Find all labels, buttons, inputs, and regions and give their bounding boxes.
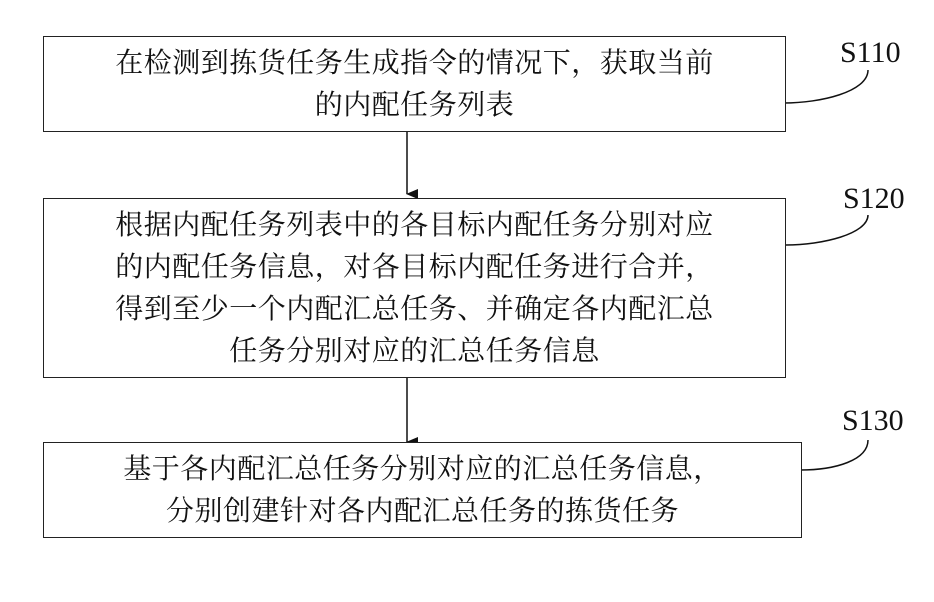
leader-s130 bbox=[800, 440, 868, 470]
leader-s110 bbox=[784, 70, 868, 103]
step-label-s110: S110 bbox=[840, 36, 901, 70]
step-text-line: 得到至少一个内配汇总任务、并确定各内配汇总 bbox=[115, 288, 714, 330]
step-label-s120: S120 bbox=[843, 182, 905, 216]
step-text-line: 的内配任务信息，对各目标内配任务进行合并， bbox=[115, 246, 714, 288]
step-text-line: 分别创建针对各内配汇总任务的拣货任务 bbox=[166, 490, 679, 532]
step-text-line: 基于各内配汇总任务分别对应的汇总任务信息， bbox=[123, 448, 722, 490]
leader-s120 bbox=[786, 215, 868, 245]
step-text-line: 在检测到拣货任务生成指令的情况下，获取当前 bbox=[115, 42, 714, 84]
step-box-s120: 根据内配任务列表中的各目标内配任务分别对应 的内配任务信息，对各目标内配任务进行… bbox=[43, 198, 786, 378]
step-text-line: 任务分别对应的汇总任务信息 bbox=[229, 330, 600, 372]
step-box-s110: 在检测到拣货任务生成指令的情况下，获取当前 的内配任务列表 bbox=[43, 36, 786, 132]
step-text-line: 根据内配任务列表中的各目标内配任务分别对应 bbox=[115, 204, 714, 246]
step-box-s130: 基于各内配汇总任务分别对应的汇总任务信息， 分别创建针对各内配汇总任务的拣货任务 bbox=[43, 442, 802, 538]
step-text-line: 的内配任务列表 bbox=[315, 84, 515, 126]
step-label-s130: S130 bbox=[842, 404, 904, 438]
